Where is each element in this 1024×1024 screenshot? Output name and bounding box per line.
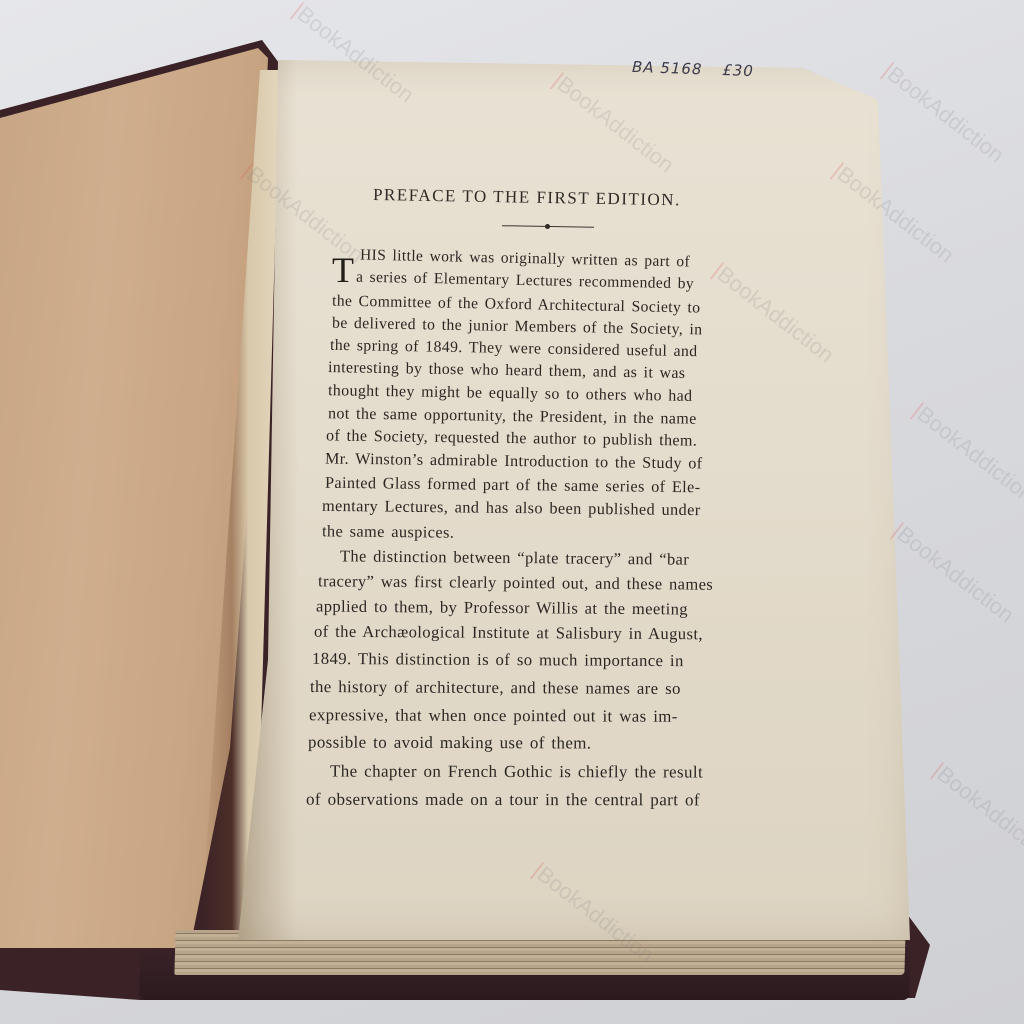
- text-line: tracery” was first clearly pointed out, …: [318, 571, 713, 594]
- text-line: 1849. This distinction is of so much imp…: [312, 649, 684, 671]
- text-line: expressive, that when once pointed out i…: [309, 705, 678, 727]
- watermark: |BookAddiction: [908, 398, 1024, 509]
- text-line: the history of architecture, and these n…: [310, 677, 681, 699]
- text-line: The chapter on French Gothic is chiefly …: [330, 762, 703, 783]
- text-line: of observations made on a tour in the ce…: [306, 790, 700, 811]
- watermark: |BookAddiction: [928, 758, 1024, 869]
- text-line: applied to them, by Professor Willis at …: [316, 597, 688, 620]
- stock-code: BA 5168: [632, 58, 703, 78]
- text-line: the same auspices.: [322, 521, 454, 542]
- text-line: possible to avoid making use of them.: [308, 733, 591, 754]
- book-photo: BA 5168 £30 PREFACE TO THE FIRST EDITION…: [0, 0, 1024, 1024]
- text-line: The distinction between “plate tracery” …: [340, 546, 689, 569]
- text-line: of the Archæological Institute at Salisb…: [314, 622, 703, 645]
- price: £30: [722, 61, 754, 80]
- drop-cap: T: [332, 252, 354, 288]
- watermark: |BookAddiction: [888, 518, 1019, 629]
- title-rule-dot: [545, 224, 550, 229]
- watermark: |BookAddiction: [878, 58, 1009, 169]
